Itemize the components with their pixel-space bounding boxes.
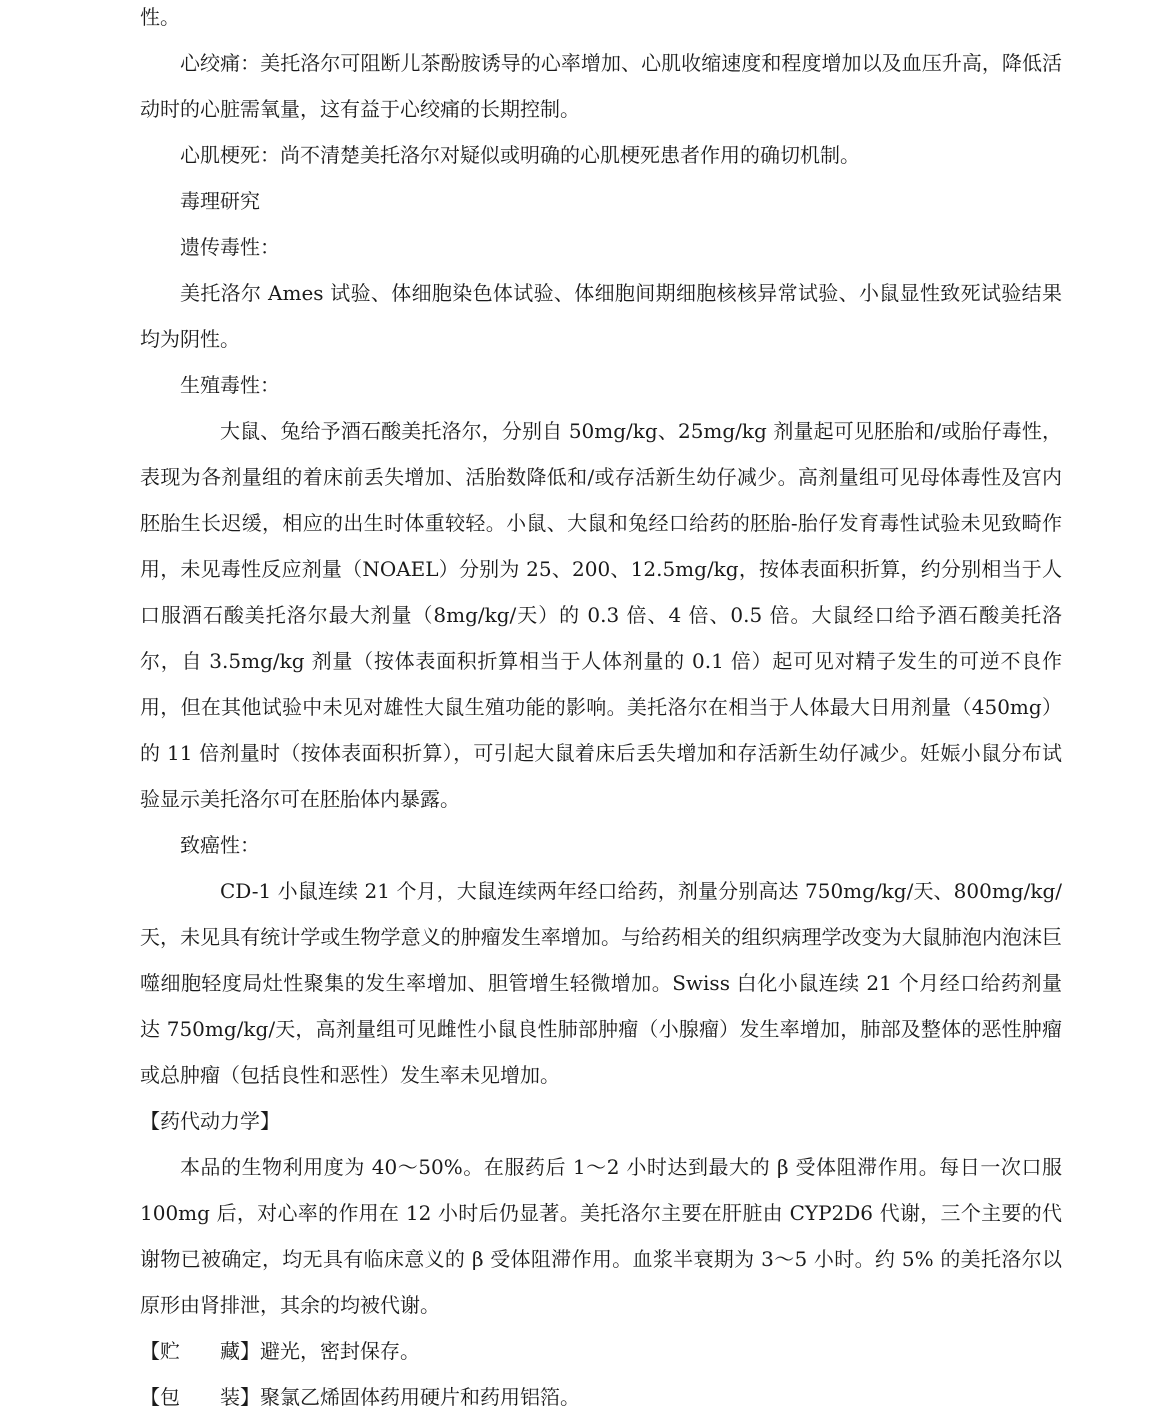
paragraph-myocardial-infarction: 心肌梗死：尚不清楚美托洛尔对疑似或明确的心肌梗死患者作用的确切机制。 bbox=[140, 132, 1062, 178]
heading-genotoxicity: 遗传毒性： bbox=[140, 224, 1062, 270]
heading-carcinogenicity: 致癌性： bbox=[140, 822, 1062, 868]
paragraph-reproductive-toxicity: 大鼠、兔给予酒石酸美托洛尔，分别自 50mg/kg、25mg/kg 剂量起可见胚… bbox=[140, 408, 1062, 822]
section-package: 【包 装】聚氯乙烯固体药用硬片和药用铝箔。 bbox=[140, 1374, 1062, 1412]
document-page: 性。 心绞痛：美托洛尔可阻断儿茶酚胺诱导的心率增加、心肌收缩速度和程度增加以及血… bbox=[140, 0, 1062, 1412]
paragraph-genotoxicity: 美托洛尔 Ames 试验、体细胞染色体试验、体细胞间期细胞核核异常试验、小鼠显性… bbox=[140, 270, 1062, 362]
section-storage: 【贮 藏】避光，密封保存。 bbox=[140, 1328, 1062, 1374]
heading-pharmacokinetics: 【药代动力学】 bbox=[140, 1098, 1062, 1144]
paragraph-carcinogenicity: CD-1 小鼠连续 21 个月，大鼠连续两年经口给药，剂量分别高达 750mg/… bbox=[140, 868, 1062, 1098]
paragraph-continuation: 性。 bbox=[140, 0, 1062, 40]
paragraph-pharmacokinetics: 本品的生物利用度为 40～50%。在服药后 1～2 小时达到最大的 β 受体阻滞… bbox=[140, 1144, 1062, 1328]
paragraph-angina: 心绞痛：美托洛尔可阻断儿茶酚胺诱导的心率增加、心肌收缩速度和程度增加以及血压升高… bbox=[140, 40, 1062, 132]
heading-toxicology: 毒理研究 bbox=[140, 178, 1062, 224]
heading-reproductive-toxicity: 生殖毒性： bbox=[140, 362, 1062, 408]
